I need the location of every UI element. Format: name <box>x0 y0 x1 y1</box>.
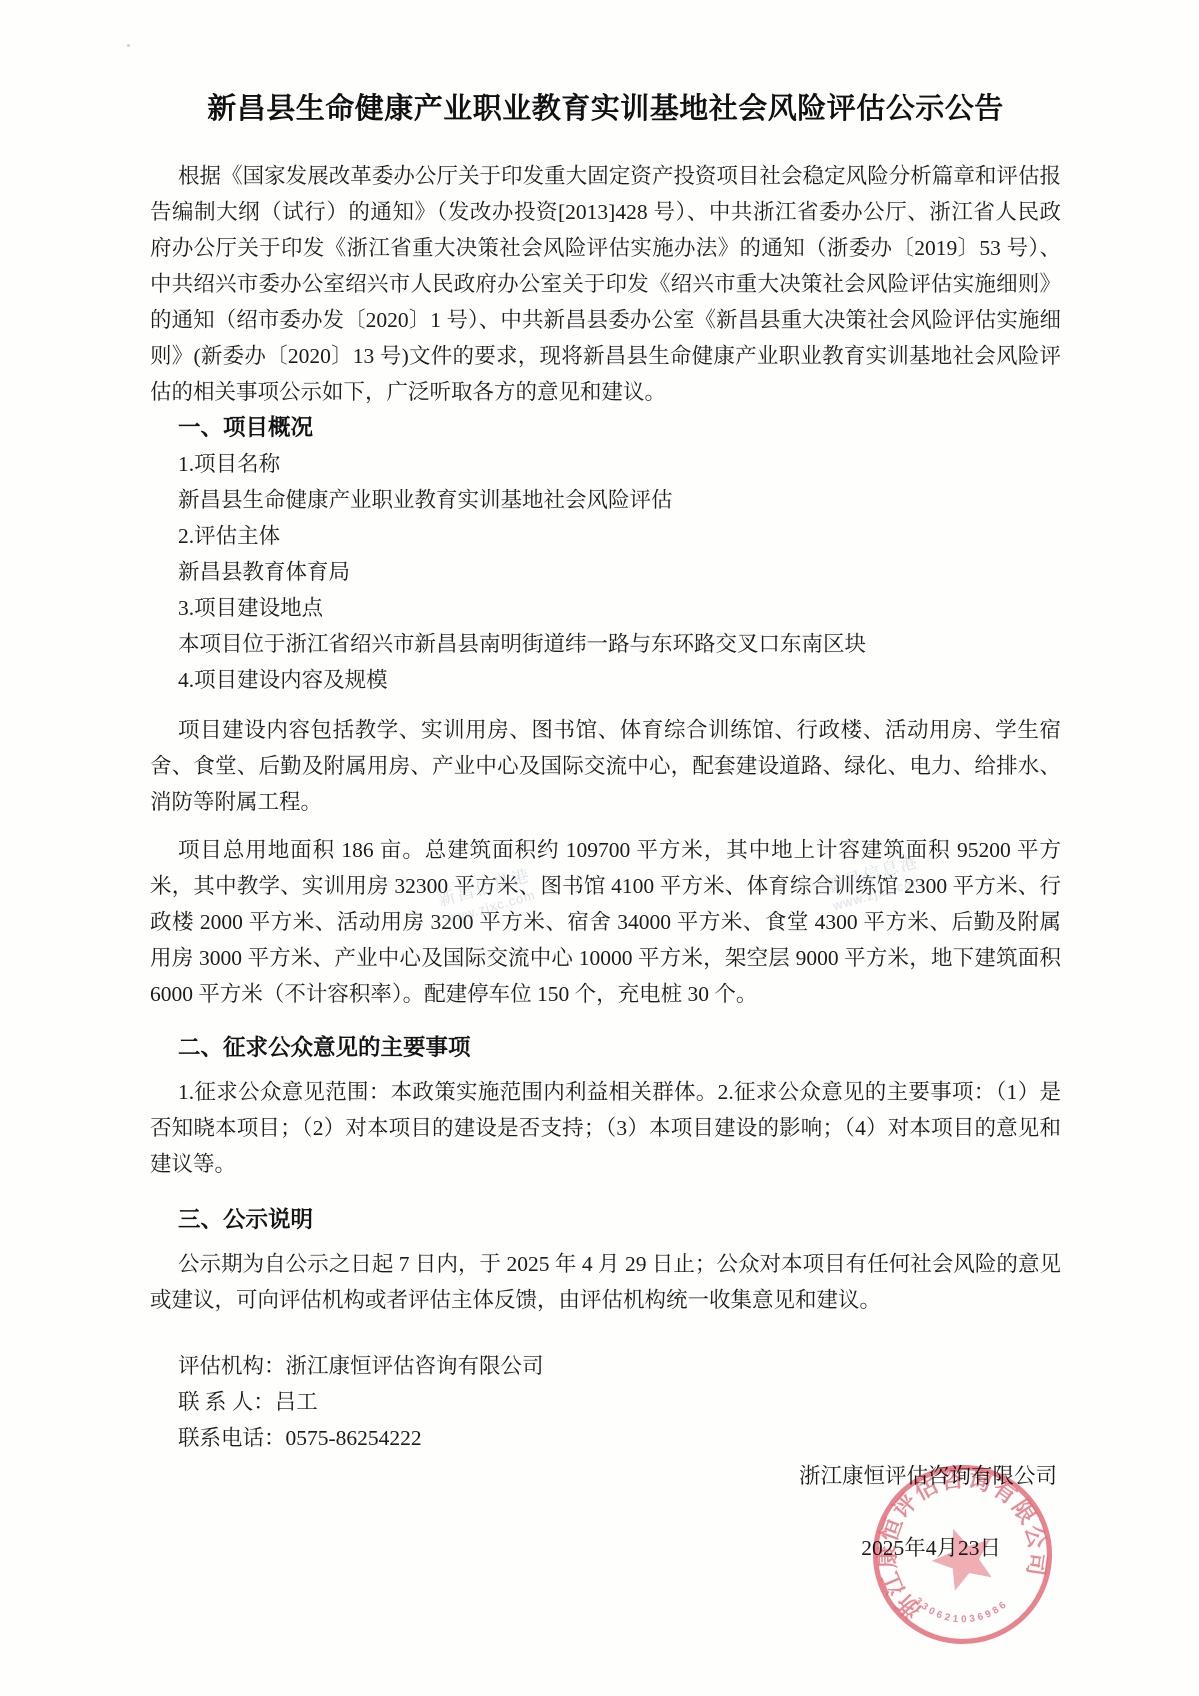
intro-paragraph: 根据《国家发展改革委办公厅关于印发重大固定资产投资项目社会稳定风险分析篇章和评估… <box>150 158 1061 410</box>
scan-speck <box>127 44 130 47</box>
assessment-subject-value: 新昌县教育体育局 <box>150 554 1061 590</box>
contact-phone-line: 联系电话：0575-86254222 <box>150 1420 1061 1456</box>
construction-content-paragraph: 项目建设内容包括教学、实训用房、图书馆、体育综合训练馆、行政楼、活动用房、学生宿… <box>150 712 1061 820</box>
public-opinion-paragraph: 1.征求公众意见范围：本政策实施范围内利益相关群体。2.征求公众意见的主要事项：… <box>150 1074 1061 1182</box>
contact-block: 评估机构：浙江康恒评估咨询有限公司 联 系 人：吕工 联系电话：0575-862… <box>150 1348 1061 1456</box>
section3-heading: 三、公示说明 <box>150 1202 1061 1238</box>
section2-heading: 二、征求公众意见的主要事项 <box>150 1030 1061 1066</box>
contact-person-line: 联 系 人：吕工 <box>150 1384 1061 1420</box>
project-location-label: 3.项目建设地点 <box>150 590 1061 626</box>
project-scale-paragraph: 项目总用地面积 186 亩。总建筑面积约 109700 平方米，其中地上计容建筑… <box>150 832 1061 1012</box>
seal-registration-number: 330621036986 <box>911 1568 1013 1643</box>
signature-date: 2025年4月23日 <box>150 1530 1061 1566</box>
publicity-note-paragraph: 公示期为自公示之日起 7 日内，于 2025 年 4 月 29 日止；公众对本项… <box>150 1246 1061 1318</box>
document-page: 新昌县生命健康产业职业教育实训基地社会风险评估公示公告 根据《国家发展改革委办公… <box>0 0 1199 1696</box>
signature-company: 浙江康恒评估咨询有限公司 <box>150 1458 1061 1494</box>
project-name-label: 1.项目名称 <box>150 446 1061 482</box>
section1-heading: 一、项目概况 <box>150 410 1061 446</box>
assessment-agency-line: 评估机构：浙江康恒评估咨询有限公司 <box>150 1348 1061 1384</box>
page-title: 新昌县生命健康产业职业教育实训基地社会风险评估公示公告 <box>150 88 1061 130</box>
project-location-value: 本项目位于浙江省绍兴市新昌县南明街道纬一路与东环路交叉口东南区块 <box>150 626 1061 662</box>
svg-text:330621036986: 330621036986 <box>911 1568 1013 1643</box>
project-name-value: 新昌县生命健康产业职业教育实训基地社会风险评估 <box>150 482 1061 518</box>
assessment-subject-label: 2.评估主体 <box>150 518 1061 554</box>
project-scope-label: 4.项目建设内容及规模 <box>150 662 1061 698</box>
